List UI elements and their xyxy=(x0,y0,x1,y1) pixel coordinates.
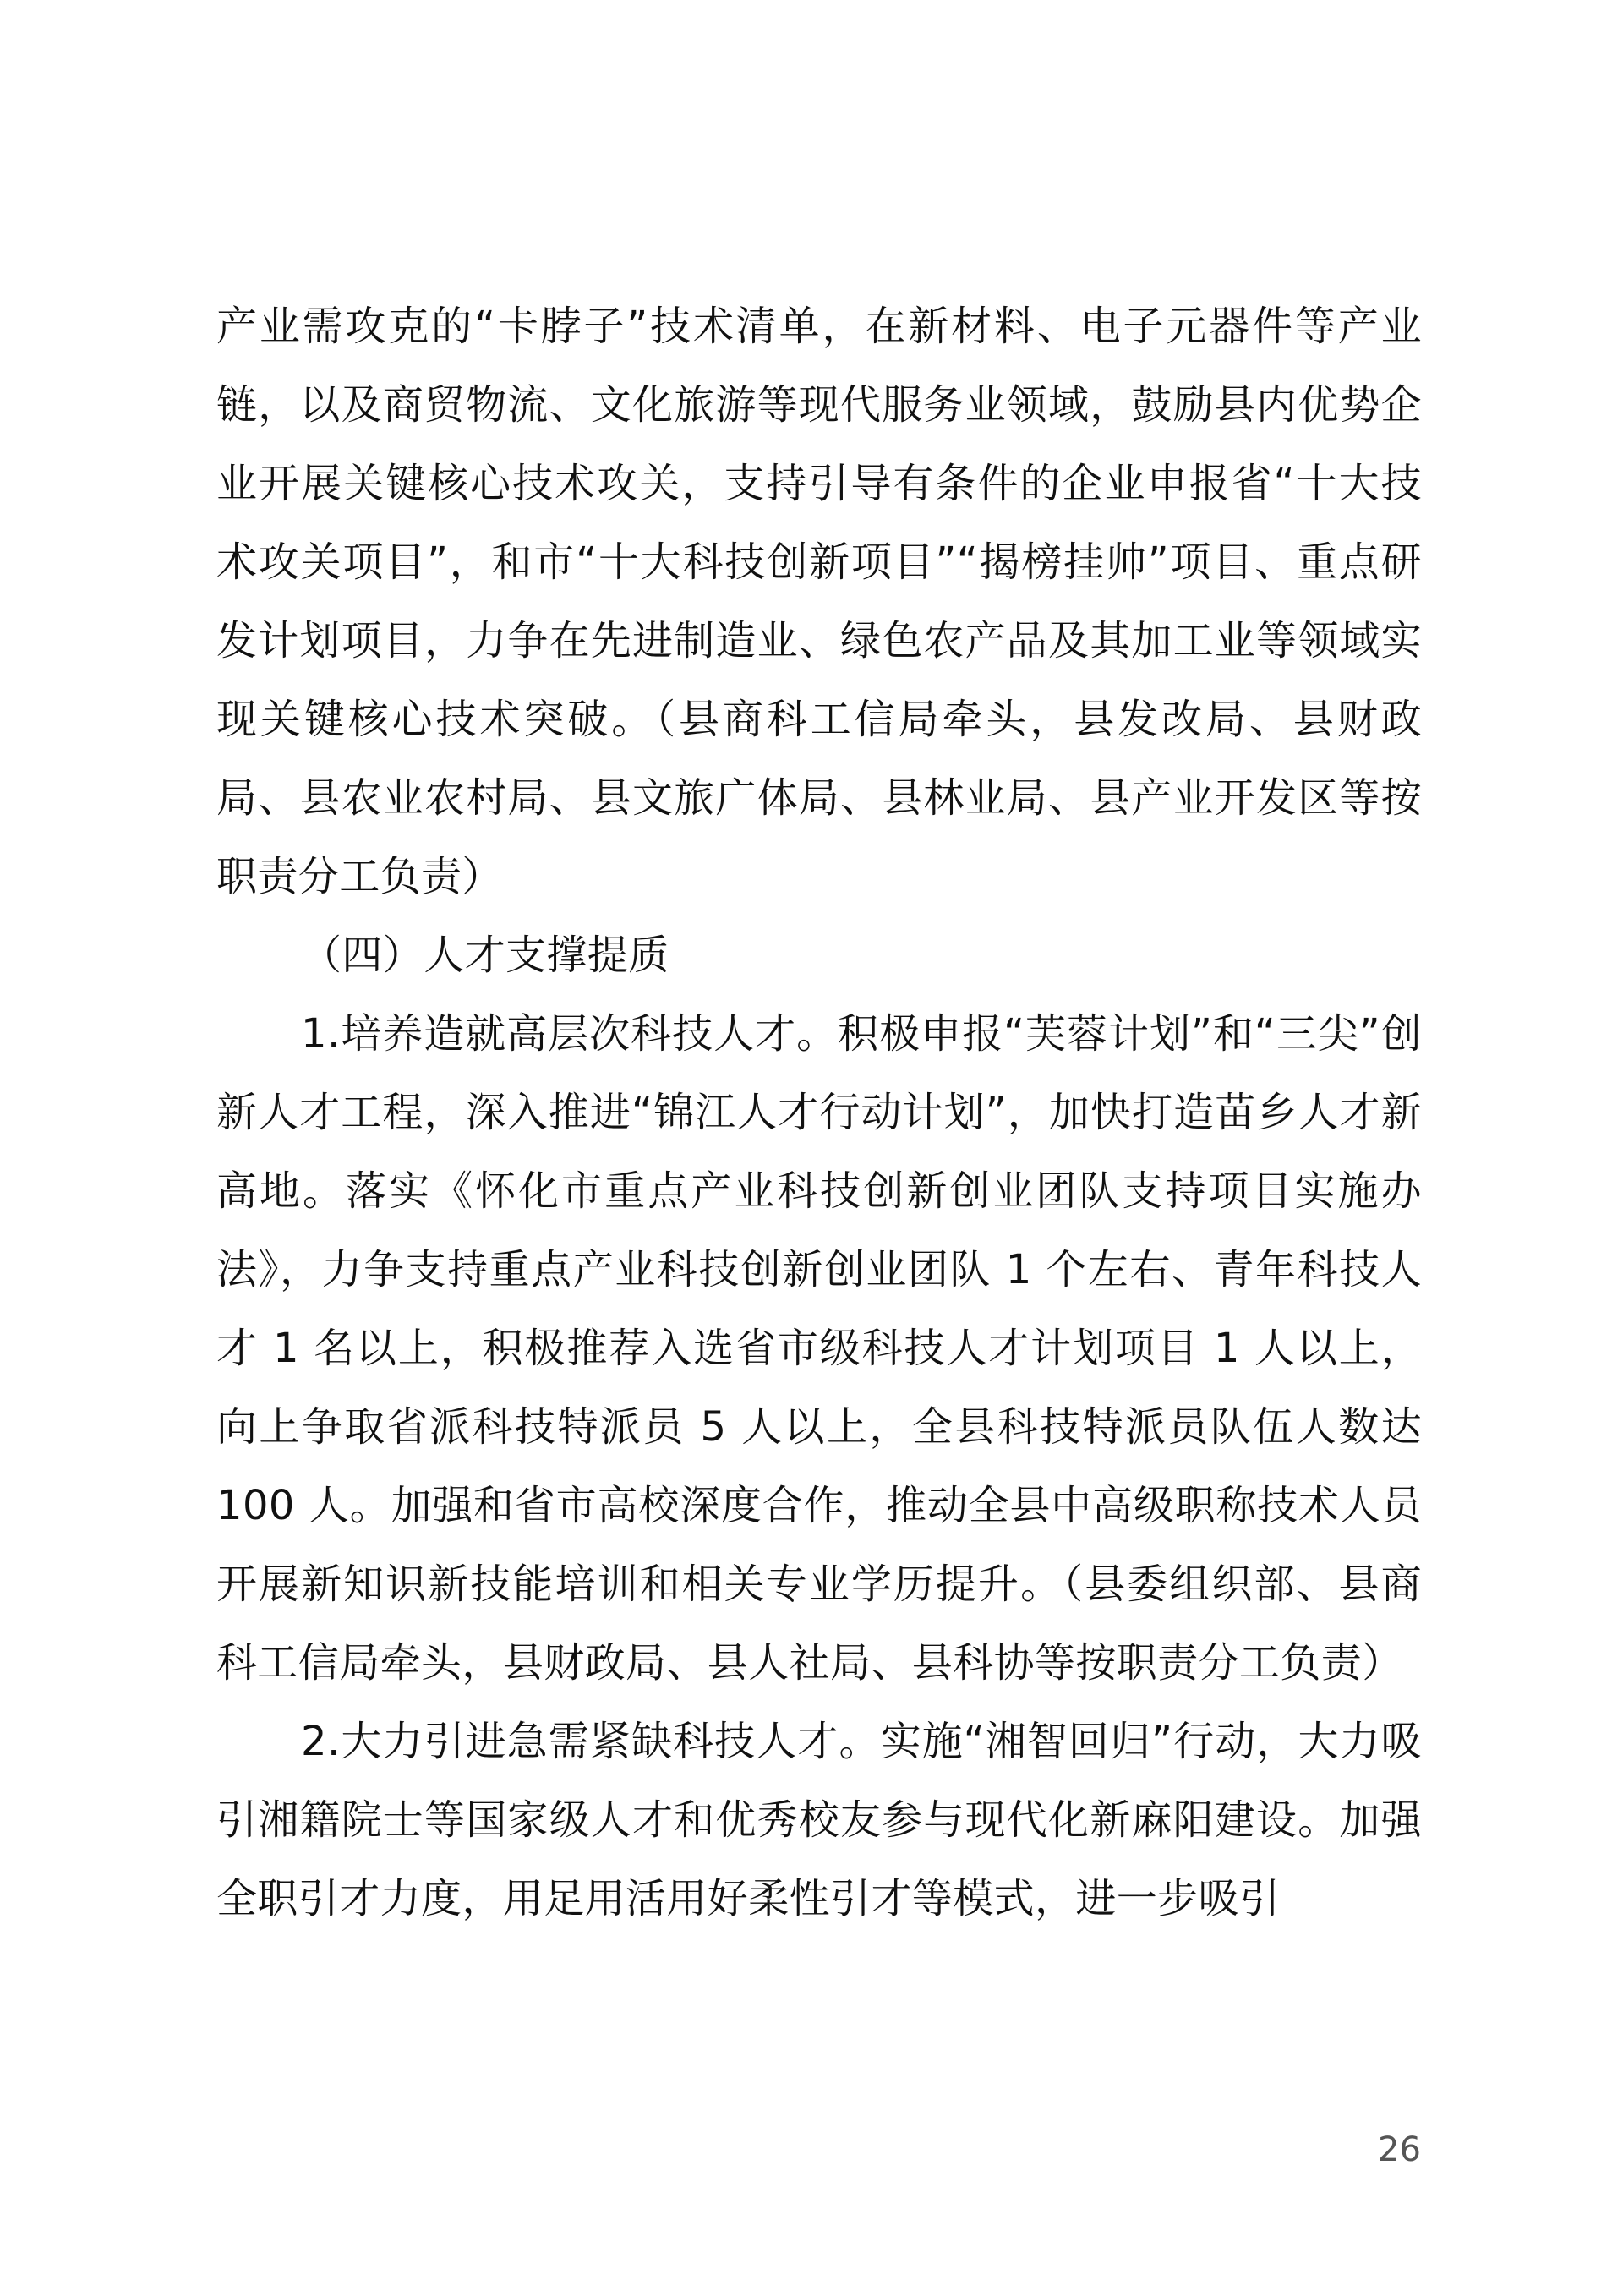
document-body: 产业需攻克的“卡脖子”技术清单，在新材料、电子元器件等产业链，以及商贸物流、文化… xyxy=(216,287,1422,1938)
paragraph-continuation: 产业需攻克的“卡脖子”技术清单，在新材料、电子元器件等产业链，以及商贸物流、文化… xyxy=(216,287,1422,916)
paragraph-item-1: 1.培养造就高层次科技人才。积极申报“芙蓉计划”和“三尖”创新人才工程，深入推进… xyxy=(216,995,1422,1703)
section-heading: （四）人才支撑提质 xyxy=(216,916,1422,995)
page-number: 26 xyxy=(1378,2130,1421,2169)
document-page: 产业需攻克的“卡脖子”技术清单，在新材料、电子元器件等产业链，以及商贸物流、文化… xyxy=(0,0,1623,2296)
paragraph-item-2: 2.大力引进急需紧缺科技人才。实施“湘智回归”行动，大力吸引湘籍院士等国家级人才… xyxy=(216,1703,1422,1938)
